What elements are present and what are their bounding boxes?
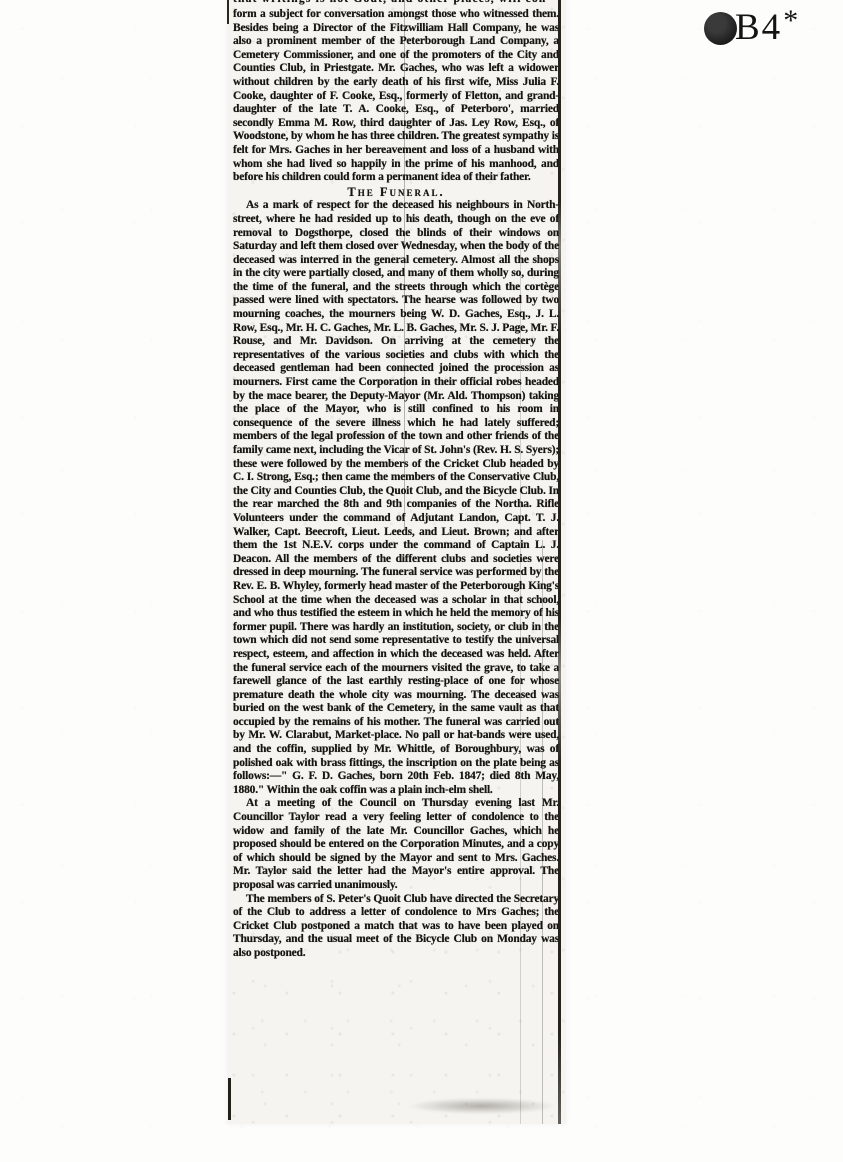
column-rule-left-top (227, 0, 229, 24)
filled-circle-icon (704, 12, 737, 45)
funeral-paragraph: As a mark of respect for the deceased hi… (233, 199, 559, 797)
ink-smudge (407, 1098, 557, 1114)
column-rule-left-bottom (228, 1078, 231, 1120)
fold-crease (542, 540, 543, 1124)
marker-label: B4 (735, 8, 782, 48)
obituary-paragraph: form a subject for conversation amongst … (233, 8, 559, 185)
fold-crease (520, 230, 521, 1124)
article-text-column: that writings is not Gout, and other pla… (227, 0, 566, 961)
newspaper-clipping: that writings is not Gout, and other pla… (227, 0, 566, 1124)
council-paragraph: At a meeting of the Council on Thursday … (233, 797, 559, 892)
column-rule-right (558, 0, 561, 1124)
fold-crease (404, 0, 405, 530)
catalog-marker: B4 * (704, 8, 798, 48)
asterisk-mark: * (783, 8, 798, 34)
clubs-paragraph: The members of S. Peter's Quoit Club hav… (233, 893, 559, 961)
truncated-top-line: that writings is not Gout, and other pla… (233, 0, 559, 8)
section-heading: The Funeral. (233, 186, 559, 200)
